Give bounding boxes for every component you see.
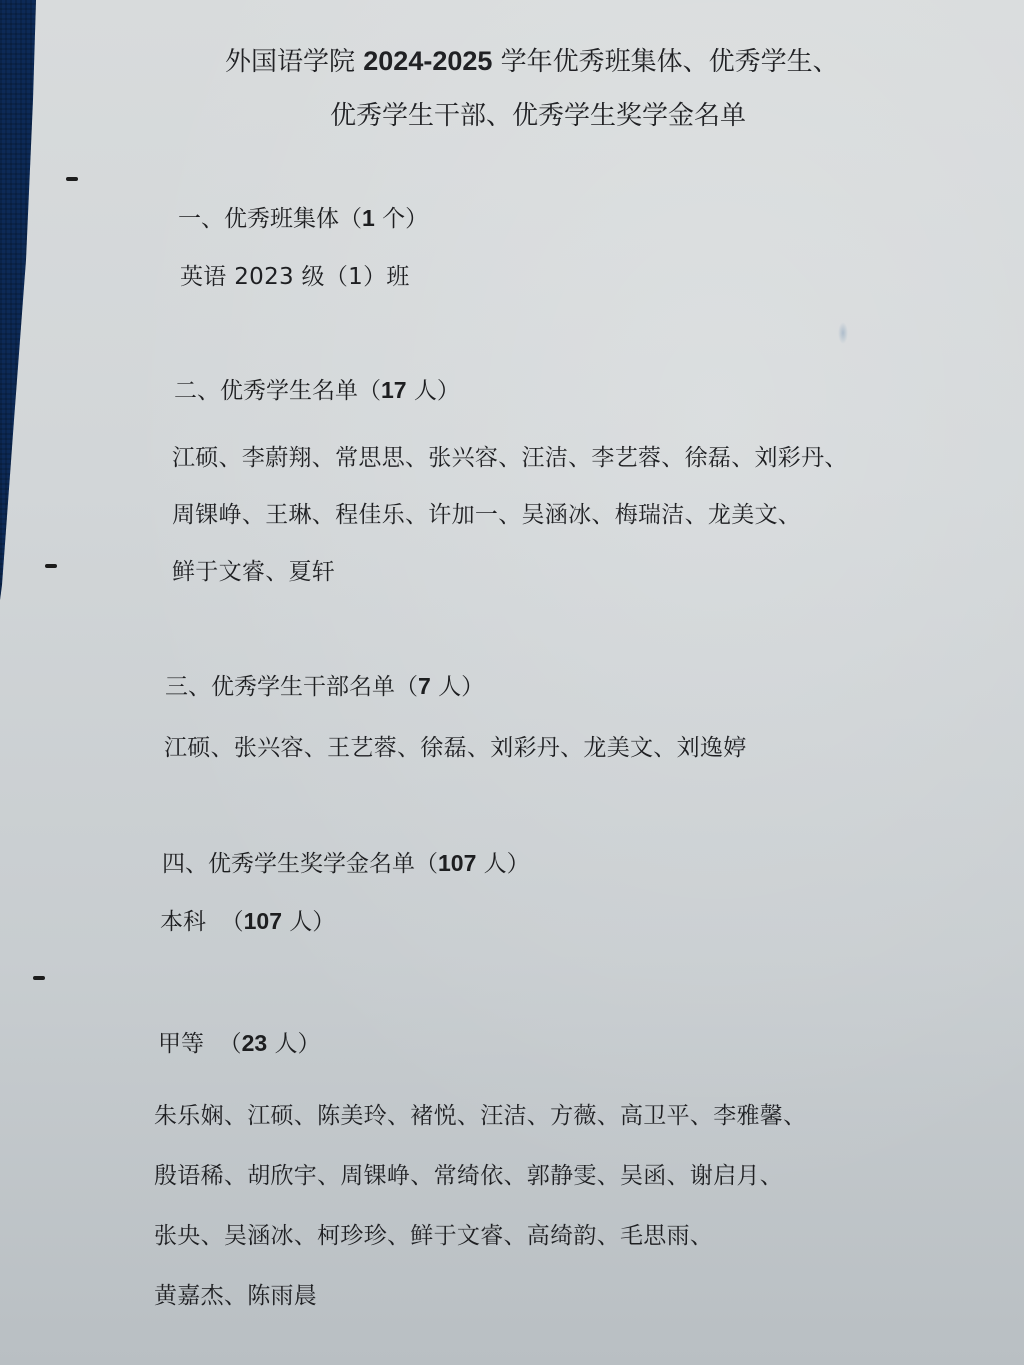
section-excellent-students: 二、优秀学生名单（17 人） <box>174 372 460 405</box>
binder-hole-mark <box>33 976 45 980</box>
excellent-students-list: 江硕、李蔚翔、常思思、张兴容、汪洁、李艺蓉、徐磊、刘彩丹、 周锞峥、王琳、程佳乐… <box>172 430 848 601</box>
count: 7 <box>418 673 431 699</box>
section-excellent-class: 一、优秀班集体（1 个） <box>178 200 428 233</box>
paper-speck <box>838 322 848 344</box>
count: 107 <box>438 850 476 876</box>
name-row: 张央、吴涵冰、柯珍珍、鲜于文睿、高绮韵、毛思雨、 <box>154 1206 806 1266</box>
student-cadres-list: 江硕、张兴容、王艺蓉、徐磊、刘彩丹、龙美文、刘逸婷 <box>164 729 747 762</box>
class-name: 英语 2023 级（1）班 <box>180 258 410 291</box>
name-row: 江硕、张兴容、王艺蓉、徐磊、刘彩丹、龙美文、刘逸婷 <box>164 729 747 762</box>
section-heading: 四、优秀学生奖学金名单（107 人） <box>162 845 530 878</box>
name-row: 周锞峥、王琳、程佳乐、许加一、吴涵冰、梅瑞洁、龙美文、 <box>172 487 848 544</box>
name-row: 黄嘉杰、陈雨晨 <box>154 1266 806 1326</box>
title-line-1: 外国语学院 2024-2025 学年优秀班集体、优秀学生、 <box>225 34 915 89</box>
subheading-undergraduate: 本科 （107 人） <box>160 903 335 936</box>
count: 107 <box>244 908 282 934</box>
subheading-first-class: 甲等 （23 人） <box>158 1025 321 1058</box>
name-row: 江硕、李蔚翔、常思思、张兴容、汪洁、李艺蓉、徐磊、刘彩丹、 <box>172 430 848 487</box>
name-row: 殷语稀、胡欣宇、周锞峥、常绮依、郭静雯、吴函、谢启月、 <box>154 1146 806 1206</box>
section-student-cadres: 三、优秀学生干部名单（7 人） <box>165 668 484 701</box>
count: 23 <box>242 1030 268 1056</box>
count: 17 <box>381 377 407 403</box>
name-row: 朱乐娴、江硕、陈美玲、褚悦、汪洁、方薇、高卫平、李雅馨、 <box>154 1086 806 1146</box>
section-heading: 三、优秀学生干部名单（7 人） <box>165 668 484 701</box>
binder-hole-mark <box>66 177 78 181</box>
section-heading: 二、优秀学生名单（17 人） <box>174 372 460 405</box>
section-scholarship: 四、优秀学生奖学金名单（107 人） <box>162 845 530 878</box>
binder-hole-mark <box>45 564 57 568</box>
count: 1 <box>362 205 375 231</box>
name-row: 鲜于文睿、夏轩 <box>172 544 848 601</box>
section-heading: 一、优秀班集体（1 个） <box>178 200 428 233</box>
first-class-scholarship-list: 朱乐娴、江硕、陈美玲、褚悦、汪洁、方薇、高卫平、李雅馨、 殷语稀、胡欣宇、周锞峥… <box>154 1086 806 1326</box>
academic-year: 2024-2025 <box>363 46 492 76</box>
title-line-2: 优秀学生干部、优秀学生奖学金名单 <box>225 89 915 143</box>
document-title: 外国语学院 2024-2025 学年优秀班集体、优秀学生、 优秀学生干部、优秀学… <box>225 34 915 143</box>
